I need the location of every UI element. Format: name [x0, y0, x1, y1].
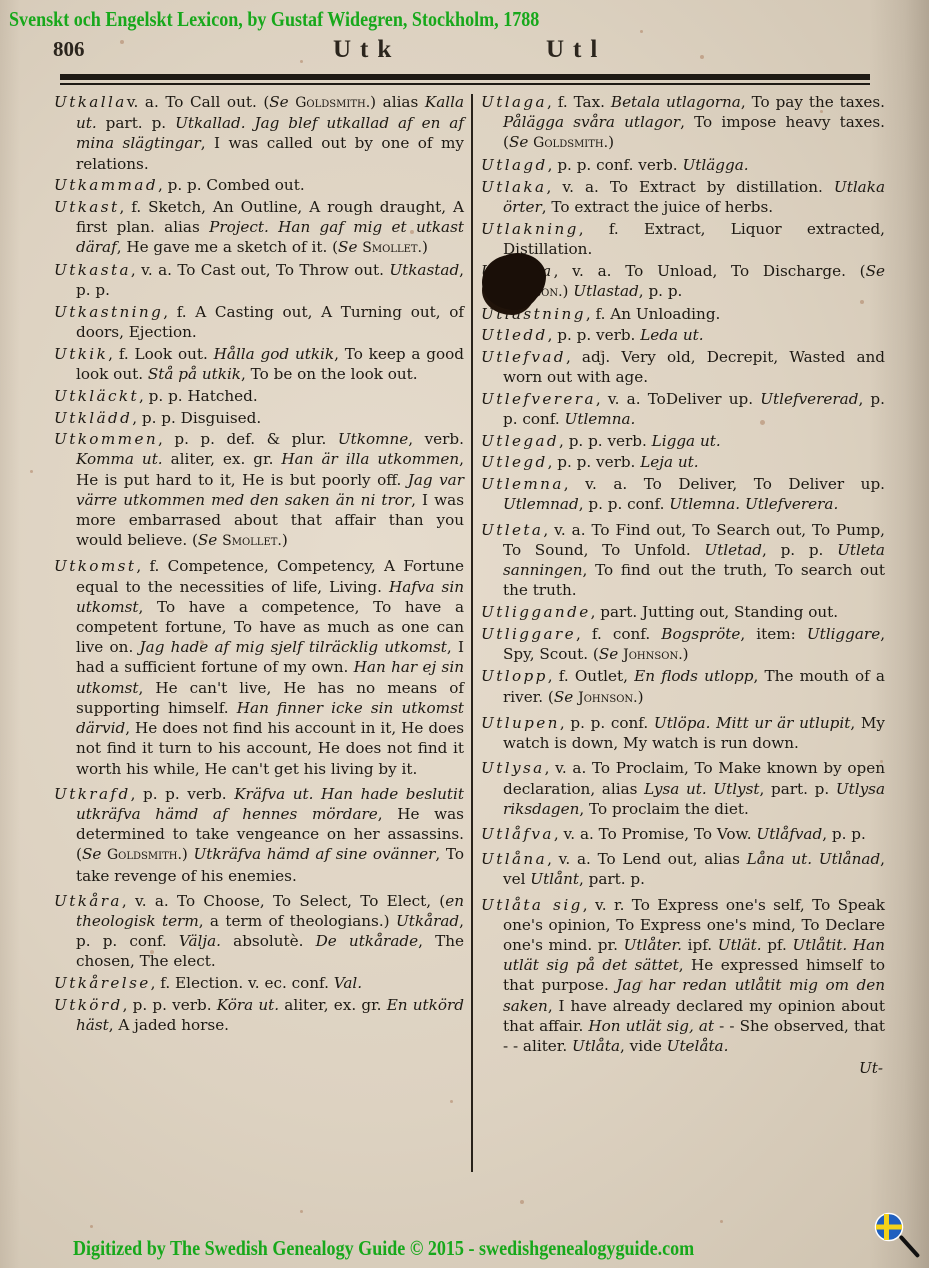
swedish-phrase: Stå på utkik	[148, 365, 241, 383]
dictionary-entry: Utkårelse, f. Election. v. ec. conf. Val…	[54, 973, 464, 993]
definition-text: , To be on the look out.	[241, 365, 418, 383]
dictionary-entry: Utlakning, f. Extract, Liquor extracted,…	[481, 219, 885, 259]
page-number: 806	[53, 37, 85, 62]
swedish-phrase: Köra ut.	[217, 996, 279, 1014]
dictionary-entry: Utlåfva, v. a. To Promise, To Vow. Utlåf…	[481, 824, 885, 844]
swedish-phrase: Hålla god utkik	[214, 345, 334, 363]
definition-text: )	[608, 133, 614, 151]
definition-text: v. a. To Call out. (	[127, 93, 270, 111]
headword: Utkast	[54, 198, 119, 216]
definition-text: , f. An Unloading.	[586, 305, 721, 323]
paper-speck	[90, 1225, 93, 1228]
definition-text: , part. Jutting out, Standing out.	[591, 603, 839, 621]
headword: Utklädd	[54, 409, 132, 427]
swedish-phrase: Utkårad	[396, 912, 459, 930]
swedish-phrase: Utlånt	[530, 870, 579, 888]
swedish-phrase: Se	[82, 845, 101, 863]
definition-text: , v. a. To Unload, To Discharge. (	[554, 262, 866, 280]
headword: Utledd	[481, 326, 548, 344]
dictionary-entry: Utlopp, f. Outlet, En flods utlopp, The …	[481, 666, 885, 707]
definition-text: , item:	[740, 625, 806, 643]
definition-text: , p. p. def. & plur.	[158, 430, 338, 448]
swedish-phrase: Utlåta	[572, 1037, 620, 1055]
author-reference: Goldsmith.	[533, 135, 608, 151]
column-divider	[471, 94, 473, 1172]
headword: Utlåna	[481, 850, 547, 868]
definition-text: , A jaded horse.	[109, 1016, 229, 1034]
swedish-phrase: Utkastad	[389, 261, 459, 279]
definition-text: , p. p. verb.	[548, 326, 641, 344]
swedish-phrase: Pålägga svåra utlagor	[503, 113, 680, 131]
headword: Utkåra	[54, 892, 122, 910]
definition-text: , f. Look out.	[108, 345, 213, 363]
swedish-phrase: Han är illa utkommen	[281, 450, 459, 468]
dictionary-entry: Utkomst, f. Competence, Competency, A Fo…	[54, 556, 464, 778]
swedish-phrase: Utlemna. Utlefverera.	[669, 495, 838, 513]
dictionary-entry: Utlagd, p. p. conf. verb. Utlägga.	[481, 155, 885, 175]
paper-speck	[880, 760, 883, 763]
paper-speck	[860, 300, 864, 304]
swedish-phrase: Bogspröte	[661, 625, 740, 643]
author-reference: Goldsmith.	[295, 95, 370, 111]
headword: Utkrafd	[54, 785, 131, 803]
definition-text: , verb.	[408, 430, 464, 448]
magnifier-handle-icon	[899, 1235, 921, 1258]
page-edge-shadow-left	[0, 0, 20, 1268]
paper-speck	[200, 640, 204, 644]
swedish-phrase: Komma ut.	[76, 450, 163, 468]
headword: Utlefverera	[481, 390, 596, 408]
dictionary-entry: Utkrafd, p. p. verb. Kräfva ut. Han hade…	[54, 784, 464, 886]
swedish-phrase: Se	[599, 645, 618, 663]
definition-text: , p. p. Combed out.	[158, 176, 305, 194]
ink-blot-stain	[482, 255, 542, 310]
swedish-phrase: Utkomne	[338, 430, 408, 448]
dictionary-entry: Utkommen, p. p. def. & plur. Utkomne, ve…	[54, 429, 464, 551]
definition-text: , part. p.	[579, 870, 645, 888]
definition-text: , He does not find his account in it, He…	[76, 719, 464, 777]
dictionary-entry: Utliggande, part. Jutting out, Standing …	[481, 602, 885, 622]
definition-text: )	[563, 282, 574, 300]
paper-speck	[820, 110, 823, 113]
definition-text: , a term of theologians.)	[199, 912, 396, 930]
paper-speck	[720, 1220, 723, 1223]
definition-text: )	[422, 238, 428, 256]
definition-text: , To proclaim the diet.	[579, 800, 748, 818]
definition-text: , p. p.	[822, 825, 866, 843]
swedish-phrase: Utlät.	[718, 936, 762, 954]
definition-text: , p. p. conf. verb.	[548, 156, 683, 174]
paper-speck	[410, 230, 414, 234]
headword: Utlaka	[481, 178, 546, 196]
swedish-phrase: En flods utlopp	[634, 667, 753, 685]
definition-text: )	[282, 531, 288, 549]
source-title-watermark: Svenskt och Engelskt Lexicon, by Gustaf …	[9, 7, 539, 32]
definition-text: absolutè.	[221, 932, 316, 950]
headword: Utlegad	[481, 432, 559, 450]
headword: Utkomst	[54, 557, 136, 575]
definition-text: )	[683, 645, 689, 663]
author-reference: Goldsmith.	[107, 847, 182, 863]
definition-text: , p. p. verb.	[548, 453, 641, 471]
paper-speck	[120, 40, 124, 44]
left-column: Utkallav. a. To Call out. (Se Goldsmith.…	[54, 92, 464, 1037]
headword: Utlåfva	[481, 825, 554, 843]
definition-text: , p. p. verb.	[559, 432, 652, 450]
definition-text: , f. Tax.	[547, 93, 611, 111]
definition-text: , p. p. verb.	[131, 785, 235, 803]
dictionary-entry: Utleta, v. a. To Find out, To Search out…	[481, 520, 885, 601]
swedish-phrase: Utliggare	[807, 625, 880, 643]
swedish-phrase: Utlefvererad	[760, 390, 858, 408]
definition-text: ) alias	[370, 93, 425, 111]
dictionary-entry: Utliggare, f. conf. Bogspröte, item: Utl…	[481, 624, 885, 665]
dictionary-entry: Utkallav. a. To Call out. (Se Goldsmith.…	[54, 92, 464, 174]
swedish-phrase: Utlägga.	[682, 156, 748, 174]
dictionary-entry: Utkammad, p. p. Combed out.	[54, 175, 464, 195]
definition-text: , f. Election. v. ec. conf.	[151, 974, 334, 992]
paper-speck	[30, 470, 33, 473]
right-column: Utlaga, f. Tax. Betala utlagorna, To pay…	[481, 92, 885, 1078]
headword: Utlagd	[481, 156, 548, 174]
dictionary-entry: Utlaka, v. a. To Extract by distillation…	[481, 177, 885, 217]
dictionary-entry: Utlefvad, adj. Very old, Decrepit, Waste…	[481, 347, 885, 387]
headword: Utliggande	[481, 603, 591, 621]
paper-speck	[700, 55, 704, 59]
headword: Utlaga	[481, 93, 547, 111]
paper-speck	[300, 1210, 303, 1213]
definition-text: , p. p. conf.	[579, 495, 670, 513]
headword: Utlemna	[481, 475, 564, 493]
dictionary-entry: Utkåra, v. a. To Choose, To Select, To E…	[54, 891, 464, 972]
headword: Utkörd	[54, 996, 123, 1014]
definition-text: , To extract the juice of herbs.	[542, 198, 773, 216]
dictionary-entry: Utkläckt, p. p. Hatched.	[54, 386, 464, 406]
swedish-phrase: Utlåfvad	[756, 825, 822, 843]
paper-speck	[350, 720, 353, 723]
swedish-phrase: De utkårade	[316, 932, 419, 950]
paper-speck	[300, 60, 303, 63]
dictionary-entry: Utlastning, f. An Unloading.	[481, 304, 885, 324]
dictionary-entry: Utledd, p. p. verb. Leda ut.	[481, 325, 885, 345]
headword: Utlefvad	[481, 348, 566, 366]
swedish-phrase: Se	[554, 688, 573, 706]
definition-text: , v. a. To Deliver, To Deliver up.	[564, 475, 885, 493]
definition-text: part. p.	[97, 114, 175, 132]
dictionary-entry: Utkastning, f. A Casting out, A Turning …	[54, 302, 464, 342]
author-reference: Johnson.	[623, 647, 683, 663]
swedish-phrase: Leja ut.	[640, 453, 698, 471]
headword: Utkik	[54, 345, 108, 363]
definition-text: , p. p. Disguised.	[132, 409, 261, 427]
headword: Utlupen	[481, 714, 560, 732]
definition-text: , p. p.	[762, 541, 837, 559]
definition-text: pf.	[762, 936, 793, 954]
definition-text: , p. p. conf.	[560, 714, 654, 732]
swedish-phrase: Utlemna.	[565, 410, 636, 428]
definition-text: , v. a. ToDeliver up.	[596, 390, 760, 408]
digitized-by-watermark: Digitized by The Swedish Genealogy Guide…	[73, 1236, 694, 1261]
definition-text: ipf.	[682, 936, 718, 954]
headword: Utkårelse	[54, 974, 151, 992]
dictionary-entry: Utlemna, v. a. To Deliver, To Deliver up…	[481, 474, 885, 514]
dictionary-entry: Utkörd, p. p. verb. Köra ut. aliter, ex.…	[54, 995, 464, 1035]
definition-text: , p. p.	[639, 282, 683, 300]
swedish-phrase: Se	[509, 133, 528, 151]
headword: Utkammad	[54, 176, 158, 194]
swedish-phrase: Utlåter.	[624, 936, 682, 954]
swedish-phrase: Ligga ut.	[652, 432, 721, 450]
swedish-phrase: Utlemnad	[503, 495, 579, 513]
dictionary-entry: Utlysa, v. a. To Proclaim, To Make known…	[481, 758, 885, 819]
paper-speck	[640, 30, 643, 33]
header-rule-thin	[60, 83, 870, 85]
dictionary-entry: Utlegad, p. p. verb. Ligga ut.	[481, 431, 885, 451]
definition-text: , He gave me a sketch of it. (	[117, 238, 338, 256]
headword: Utlåta sig	[481, 896, 583, 914]
swedish-phrase: Hon utlät sig, at	[588, 1017, 714, 1035]
headword: Utlegd	[481, 453, 548, 471]
swedish-phrase: Utlastad	[573, 282, 639, 300]
swedish-phrase: Utelåta.	[667, 1037, 729, 1055]
definition-text: aliter, ex. gr.	[279, 996, 387, 1014]
author-reference: Johnson.	[578, 690, 638, 706]
headword: Utlysa	[481, 759, 545, 777]
swedish-phrase: Se	[338, 238, 357, 256]
paper-speck	[640, 980, 643, 983]
definition-text: , v. a. To Choose, To Select, To Elect, …	[122, 892, 445, 910]
swedish-phrase: Lysa ut. Utlyst	[644, 780, 759, 798]
headword: Utkastning	[54, 303, 163, 321]
definition-text: , v. a. To Cast out, To Throw out.	[131, 261, 389, 279]
dictionary-entry: Utkasta, v. a. To Cast out, To Throw out…	[54, 260, 464, 300]
dictionary-entry: Utlaga, f. Tax. Betala utlagorna, To pay…	[481, 92, 885, 154]
definition-text: , p. p. Hatched.	[139, 387, 258, 405]
headword: Utkommen	[54, 430, 158, 448]
paper-speck	[760, 420, 765, 425]
swedish-phrase: Leda ut.	[640, 326, 703, 344]
definition-text: , f. Outlet,	[548, 667, 634, 685]
paper-speck	[450, 1100, 453, 1103]
paper-speck	[520, 1200, 524, 1204]
definition-text: , part. p.	[760, 780, 836, 798]
header-rule-thick	[60, 74, 870, 80]
swedish-phrase: Se	[198, 531, 217, 549]
dictionary-entry: Utlåta sig, v. r. To Express one's self,…	[481, 895, 885, 1057]
definition-text: , v. a. To Lend out, alias	[547, 850, 747, 868]
definition-text: , v. a. To Promise, To Vow.	[554, 825, 757, 843]
dictionary-entry: Utklädd, p. p. Disguised.	[54, 408, 464, 428]
swedish-phrase: Jag hade af mig sjelf tilräcklig utkomst	[140, 638, 447, 656]
swedish-phrase: Låna ut. Utlånad	[747, 850, 881, 868]
swedish-phrase: Utkräfva hämd af sine ovänner	[194, 845, 436, 863]
headword: Utkasta	[54, 261, 131, 279]
paper-speck	[600, 350, 603, 353]
headword: Utliggare	[481, 625, 576, 643]
swedish-phrase: Val.	[334, 974, 362, 992]
author-reference: Smollet.	[362, 240, 422, 256]
catchword: Ut-	[481, 1058, 885, 1078]
dictionary-entry: Utlefverera, v. a. ToDeliver up. Utlefve…	[481, 389, 885, 429]
definition-text: , p. p. verb.	[123, 996, 217, 1014]
headword: Utkläckt	[54, 387, 139, 405]
dictionary-entry: Utlåna, v. a. To Lend out, alias Låna ut…	[481, 849, 885, 889]
definition-text: , f. conf.	[576, 625, 661, 643]
dictionary-entry: Utkast, f. Sketch, An Outline, A rough d…	[54, 197, 464, 259]
swedish-phrase: Se	[866, 262, 885, 280]
definition-text: )	[638, 688, 644, 706]
paper-speck	[150, 950, 154, 954]
definition-text: , To pay the taxes.	[741, 93, 885, 111]
definition-text: aliter, ex. gr.	[163, 450, 282, 468]
definition-text: )	[182, 845, 194, 863]
headword: Utlastning	[481, 305, 586, 323]
swedish-phrase: Utletad	[704, 541, 762, 559]
dictionary-entry: Utlupen, p. p. conf. Utlöpa. Mitt ur är …	[481, 713, 885, 753]
running-head-left: Utk	[333, 36, 400, 64]
author-reference: Smollet.	[222, 533, 282, 549]
running-head-right: Utl	[546, 36, 606, 64]
swedish-phrase: Välja.	[179, 932, 221, 950]
swedish-phrase: Utlöpa. Mitt ur är utlupit	[654, 714, 850, 732]
definition-text: , vide	[620, 1037, 667, 1055]
swedish-phrase: Betala utlagorna	[611, 93, 741, 111]
swedish-phrase: Se	[269, 93, 288, 111]
headword: Utkalla	[54, 93, 127, 111]
dictionary-entry: Utkik, f. Look out. Hålla god utkik, To …	[54, 344, 464, 384]
dictionary-entry: Utlegd, p. p. verb. Leja ut.	[481, 452, 885, 472]
definition-text: , v. a. To Extract by distillation.	[546, 178, 833, 196]
headword: Utlakning	[481, 220, 579, 238]
headword: Utleta	[481, 521, 543, 539]
headword: Utlopp	[481, 667, 548, 685]
